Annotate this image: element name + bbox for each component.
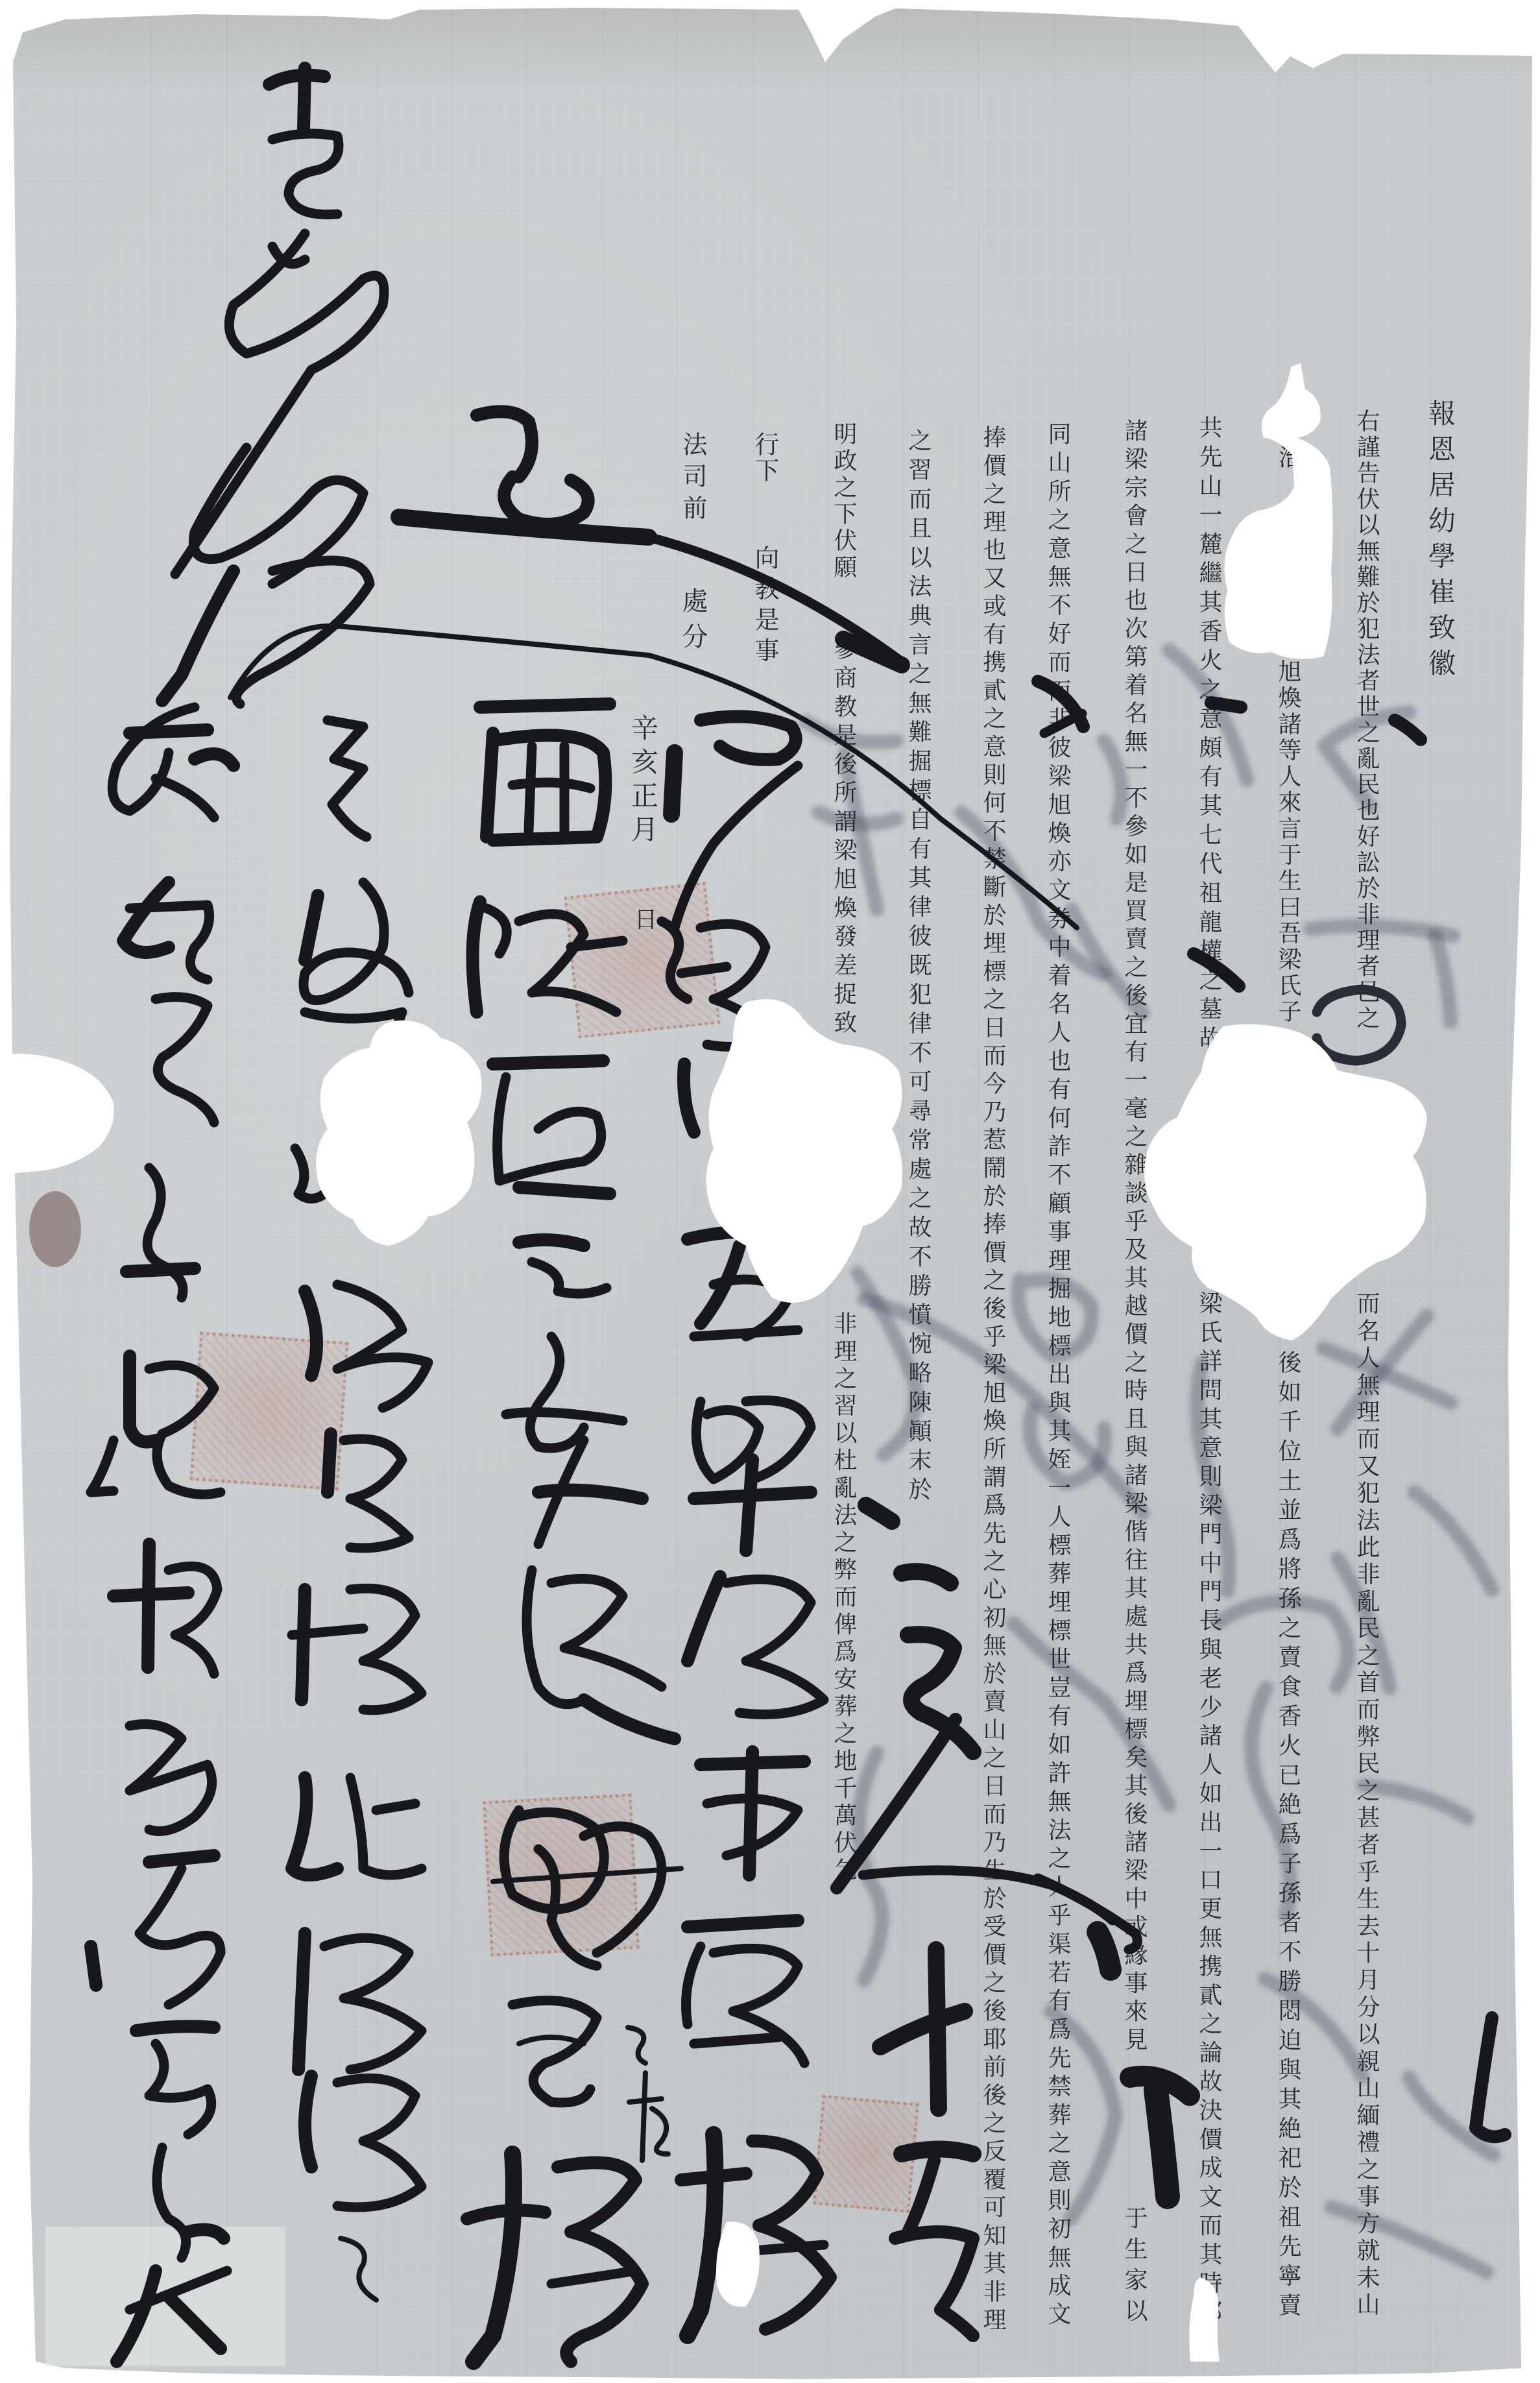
hole-left [316,1021,481,1246]
paper-holes [0,0,1540,2383]
hole-bottom-right [1189,2277,1220,2362]
hole-upper-right [1225,363,1333,659]
hole-middle [706,999,902,1303]
hole-left-edge [0,1054,114,1174]
document-photo: 報恩居幼學崔致徽 右謹告伏以無難於犯法者世之亂民也好訟於非理者邑之 而名人無理而… [0,0,1540,2383]
hole-right [1144,1024,1427,1340]
hole-bottom [716,2221,760,2306]
